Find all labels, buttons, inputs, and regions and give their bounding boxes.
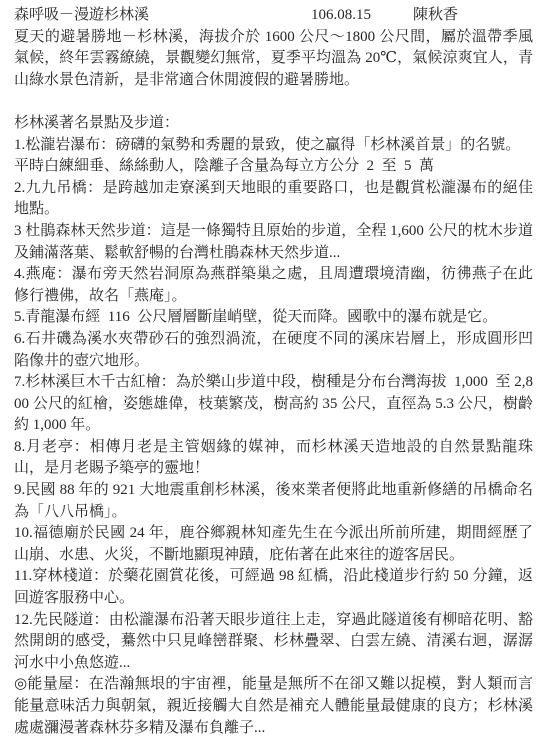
- list-item-11: 11.穿林棧道：於藥花園賞花後，可經過 98 紅橋，沿此棧道步行約 50 分鐘，…: [14, 566, 533, 609]
- list-item-9: 9.民國 88 年的 921 大地震重創杉林溪，後來業者便將此地重新修繕的吊橋命…: [14, 480, 533, 523]
- list-item-12: 12.先民隧道：由松瀧瀑布沿著天眼步道往上走，穿過此隧道後有柳暗花明、豁然開朗的…: [14, 610, 533, 675]
- list-item-8: 8.月老亭：相傳月老是主管姻緣的媒神，而杉林溪天造地設的自然景點龍珠山，是月老賜…: [14, 437, 533, 480]
- list-item-4: 4.燕庵：瀑布旁天然岩洞原為燕群築巢之處，且周遭環境清幽，彷彿燕子在此修行禮佛，…: [14, 264, 533, 307]
- list-item-6: 6.石井磯為溪水夾帶砂石的強烈渦流，在硬度不同的溪床岩層上，形成圓形凹陷像井的壺…: [14, 329, 533, 372]
- section-heading: 杉林溪著名景點及步道：: [14, 113, 533, 135]
- intro-paragraph: 夏天的避暑勝地－杉林溪，海拔介於 1600 公尺～1800 公尺間，屬於溫帶季風…: [14, 27, 533, 92]
- list-item-5: 5.青龍瀑布經 116 公尺層層斷崖峭壁，從天而降。國歌中的瀑布就是它。: [14, 307, 533, 329]
- date-text: 106.08.15: [311, 5, 371, 27]
- list-item-7: 7.杉林溪巨木千古紅檜：為於樂山步道中段，樹種是分布台灣海拔 1,000 至 2…: [14, 372, 533, 437]
- document-header: 森呼吸－漫遊杉林溪 106.08.15 陳秋香: [14, 5, 533, 27]
- energy-note-paragraph: ◎能量屋：在浩瀚無垠的宇宙裡，能量是無所不在卻又難以捉模，對人類而言能量意味活力…: [14, 674, 533, 739]
- list-item-3: 3 杜鵑森林天然步道：這是一條獨特且原始的步道，全程 1,600 公尺的枕木步道…: [14, 221, 533, 264]
- list-item-2: 2.九九吊橋：是跨越加走寮溪到天地眼的重要路口，也是觀賞松瀧瀑布的絕佳地點。: [14, 178, 533, 221]
- list-item-1: 1.松瀧岩瀑布：磅礴的氣勢和秀麗的景致，使之贏得「杉林溪首景」的名號。 平時白練…: [14, 135, 533, 178]
- page-title: 森呼吸－漫遊杉林溪: [14, 5, 149, 27]
- document-page: 森呼吸－漫遊杉林溪 106.08.15 陳秋香 夏天的避暑勝地－杉林溪，海拔介於…: [0, 0, 546, 740]
- list-item-10: 10.福德廟於民國 24 年，鹿谷鄉親林知產先生在今派出所前所建，期間經歷了山崩…: [14, 523, 533, 566]
- author-name: 陳秋香: [413, 5, 458, 27]
